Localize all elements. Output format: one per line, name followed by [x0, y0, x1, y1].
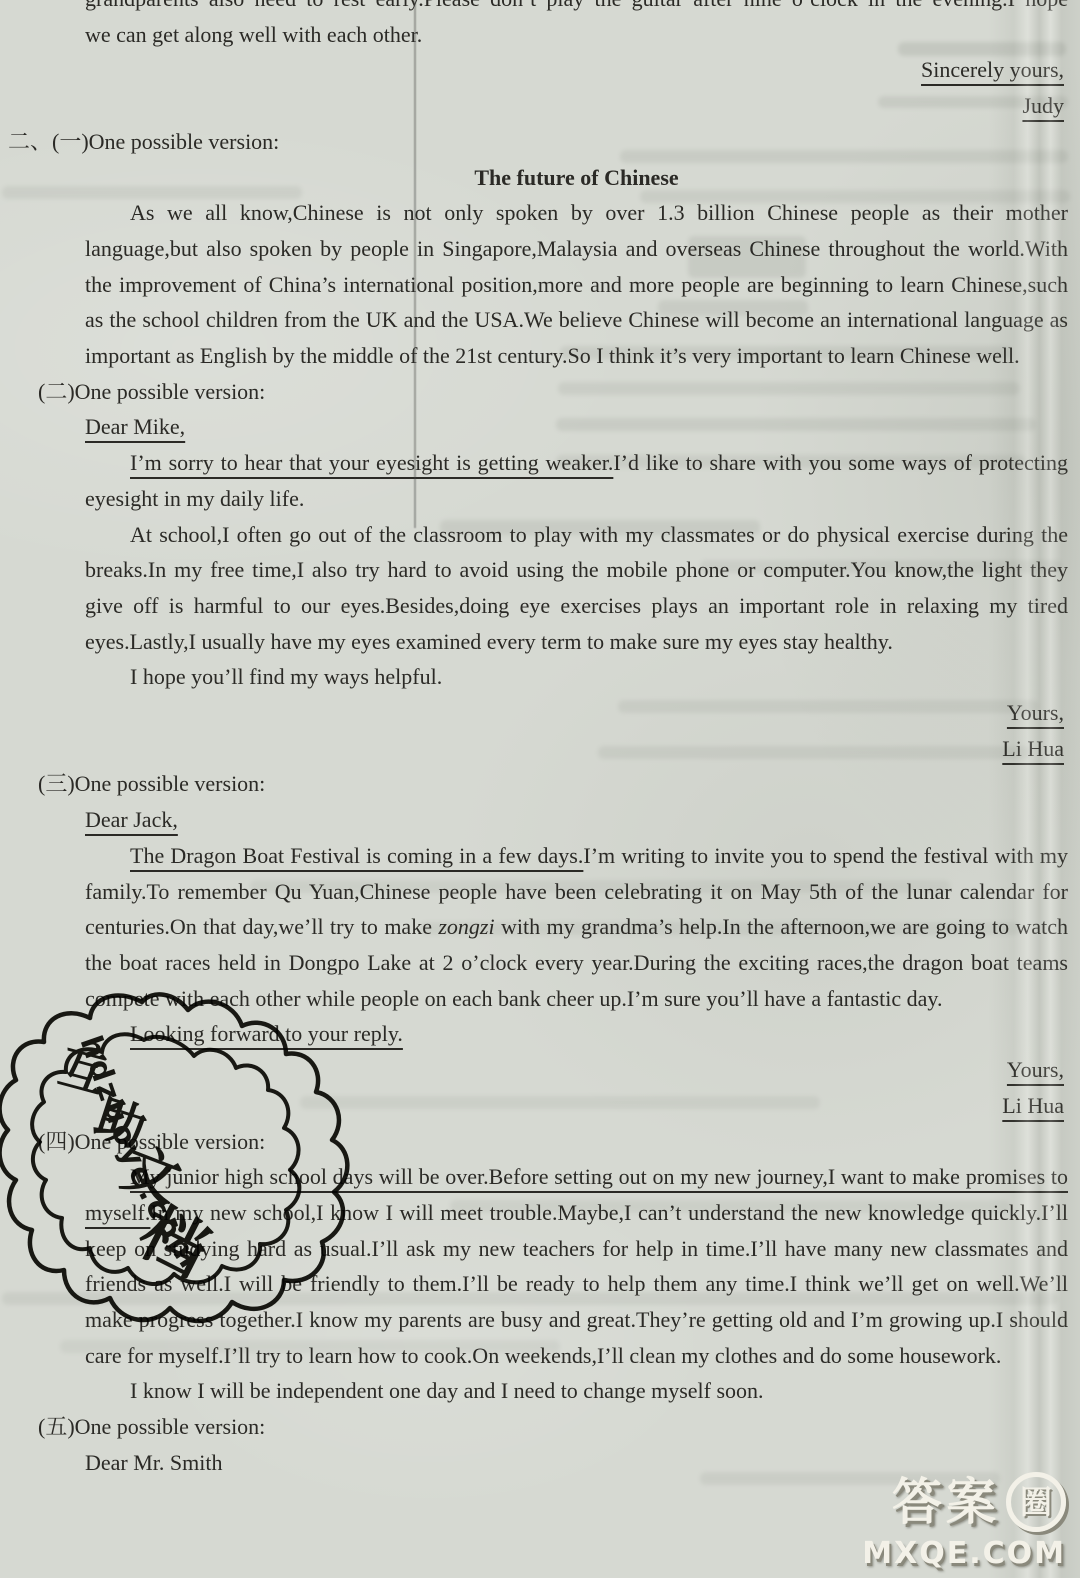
- text-run: Yours,: [1007, 700, 1064, 725]
- text-run: (三)One possible version:: [38, 771, 265, 796]
- answer-site-logo: 答案圈 MXQE.COM: [862, 1472, 1066, 1572]
- text-run: I hope you’ll find my ways helpful.: [130, 664, 442, 689]
- text-run: (五)One possible version:: [38, 1414, 265, 1439]
- logo-circled-char: 圈: [1006, 1472, 1066, 1532]
- text-run: I know I will be independent one day and…: [130, 1378, 764, 1403]
- text-run: Judy: [1022, 93, 1064, 118]
- text-run: Dear Mr. Smith: [85, 1450, 223, 1475]
- signature-line: Sincerely yours,: [85, 52, 1068, 88]
- signature-line: Yours,: [85, 695, 1068, 731]
- signature-line: Li Hua: [85, 731, 1068, 767]
- salutation: Dear Mike,: [85, 409, 1068, 445]
- essay-title: The future of Chinese: [85, 160, 1068, 196]
- scanned-answer-page: { "page": {"background": "#d6d9d2", "ink…: [0, 0, 1080, 1578]
- text-run: Dear Mike,: [85, 414, 185, 439]
- text-run: The Dragon Boat Festival is coming in a …: [130, 843, 583, 868]
- salutation: Dear Jack,: [85, 802, 1068, 838]
- text-run: Li Hua: [1002, 1093, 1064, 1118]
- text-run: 二、(一)One possible version:: [8, 129, 279, 154]
- body-paragraph: we can get along well with each other.: [85, 17, 1068, 53]
- text-run: The future of Chinese: [474, 165, 678, 190]
- logo-title-text: 答案: [892, 1474, 1000, 1530]
- body-paragraph: I’m sorry to hear that your eyesight is …: [85, 445, 1068, 516]
- text-run: As we all know,Chinese is not only spoke…: [85, 200, 1068, 368]
- body-paragraph: As we all know,Chinese is not only spoke…: [85, 195, 1068, 374]
- text-run: zongzi: [438, 914, 494, 939]
- body-paragraph: I know I will be independent one day and…: [85, 1373, 1068, 1409]
- logo-domain: MXQE.COM: [862, 1536, 1066, 1572]
- text-run: Li Hua: [1002, 736, 1064, 761]
- text-run: Dear Jack,: [85, 807, 178, 832]
- section-heading: (二)One possible version:: [38, 374, 1068, 410]
- cut-paragraph-line: grandparents also need to rest early.Ple…: [85, 0, 1068, 17]
- text-run: Sincerely yours,: [921, 57, 1064, 82]
- signature-line: Judy: [85, 88, 1068, 124]
- text-run: I’m sorry to hear that your eyesight is …: [130, 450, 613, 475]
- section-heading: 二、(一)One possible version:: [8, 124, 1068, 160]
- text-run: grandparents also need to rest early.Ple…: [85, 0, 1068, 11]
- hdzuoye-stamp: hdzuoye.com 互 助 文 档: [0, 988, 389, 1336]
- body-paragraph: At school,I often go out of the classroo…: [85, 517, 1068, 660]
- text-run: At school,I often go out of the classroo…: [85, 522, 1068, 654]
- logo-title: 答案圈: [862, 1472, 1066, 1532]
- section-heading: (三)One possible version:: [38, 766, 1068, 802]
- section-heading: (五)One possible version:: [38, 1409, 1068, 1445]
- text-run: we can get along well with each other.: [85, 22, 422, 47]
- body-paragraph: I hope you’ll find my ways helpful.: [85, 659, 1068, 695]
- text-run: (二)One possible version:: [38, 379, 265, 404]
- text-run: Yours,: [1007, 1057, 1064, 1082]
- crease-line: [414, 0, 416, 528]
